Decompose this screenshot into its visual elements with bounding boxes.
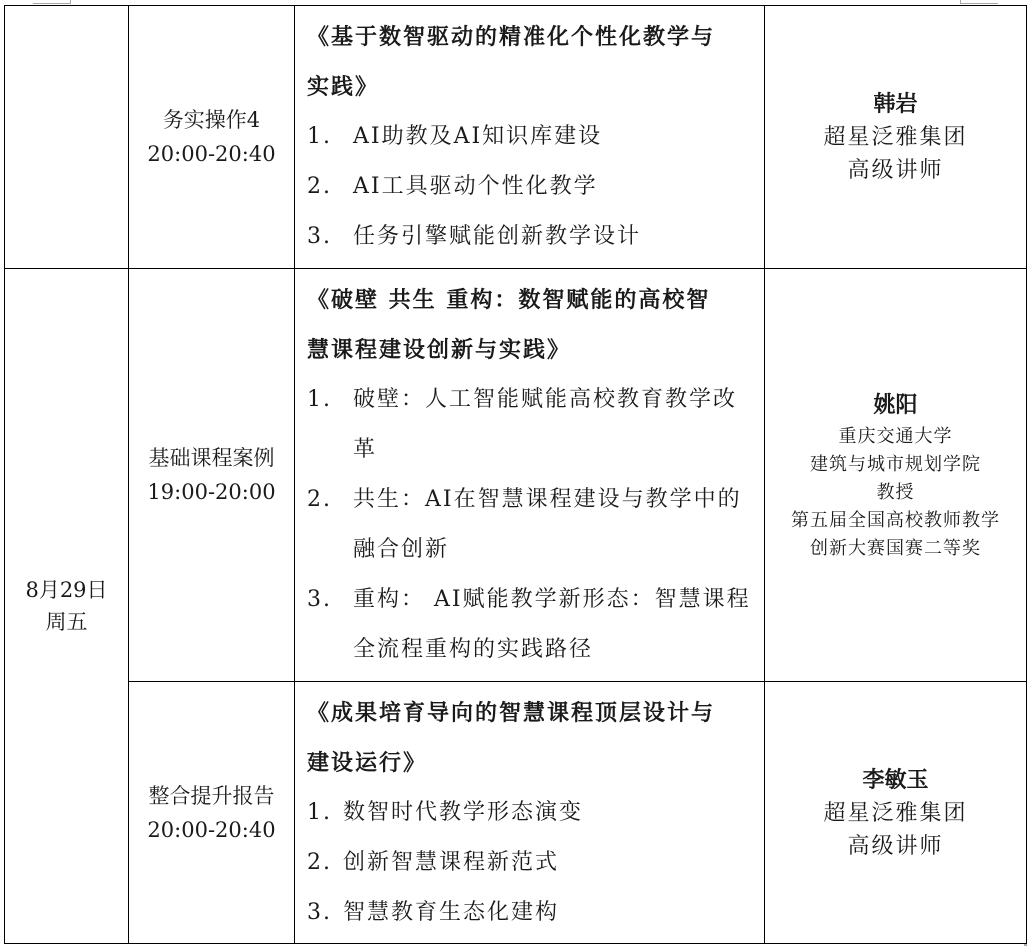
outline-number: 1.	[307, 375, 353, 475]
outline-number: 3.	[307, 575, 353, 675]
outline-item: 2. 创新智慧课程新范式	[307, 838, 756, 888]
session-cell: 务实操作4 20:00-20:40	[129, 6, 295, 269]
date-cell-continued	[5, 6, 129, 269]
outline-item: 1. 破壁：人工智能赋能高校教育教学改革	[307, 375, 756, 475]
outline-number: 2.	[307, 838, 343, 888]
table-row: 整合提升报告 20:00-20:40 《成果培育导向的智慧课程顶层设计与 建设运…	[5, 682, 1027, 944]
lecture-title-line: 《成果培育导向的智慧课程顶层设计与	[307, 688, 756, 738]
table-row: 8月29日 周五 基础课程案例 19:00-20:00 《破壁 共生 重构：数智…	[5, 269, 1027, 682]
lecture-title-line: 建设运行》	[307, 738, 756, 788]
speaker-award: 创新大赛国赛二等奖	[765, 535, 1026, 563]
outline-text: 智慧教育生态化建构	[343, 888, 756, 938]
lecture-title: 《成果培育导向的智慧课程顶层设计与 建设运行》	[307, 688, 756, 788]
session-name: 务实操作4	[129, 103, 294, 137]
speaker-award: 第五届全国高校教师教学	[765, 507, 1026, 535]
outline-number: 2.	[307, 162, 353, 212]
table-row: 务实操作4 20:00-20:40 《基于数智驱动的精准化个性化教学与 实践》 …	[5, 6, 1027, 269]
speaker-title: 高级讲师	[765, 830, 1026, 863]
content-cell: 《基于数智驱动的精准化个性化教学与 实践》 1. AI助教及AI知识库建设 2.…	[295, 6, 765, 269]
lecture-title-line: 实践》	[307, 62, 756, 112]
outline-text: 任务引擎赋能创新教学设计	[353, 212, 756, 262]
outline-text: 共生：AI在智慧课程建设与教学中的融合创新	[353, 475, 756, 575]
outline-text: AI工具驱动个性化教学	[353, 162, 756, 212]
outline-number: 1.	[307, 112, 353, 162]
lecture-title: 《破壁 共生 重构：数智赋能的高校智 慧课程建设创新与实践》	[307, 275, 756, 375]
schedule-table: 务实操作4 20:00-20:40 《基于数智驱动的精准化个性化教学与 实践》 …	[4, 5, 1027, 944]
outline-item: 3. 任务引擎赋能创新教学设计	[307, 212, 756, 262]
outline-item: 2. AI工具驱动个性化教学	[307, 162, 756, 212]
speaker-name: 姚阳	[765, 387, 1026, 423]
lecture-title-line: 《破壁 共生 重构：数智赋能的高校智	[307, 275, 756, 325]
speaker-cell: 韩岩 超星泛雅集团 高级讲师	[765, 6, 1027, 269]
speaker-title: 高级讲师	[765, 154, 1026, 187]
speaker-affiliation: 超星泛雅集团	[765, 797, 1026, 830]
speaker-name: 韩岩	[765, 87, 1026, 121]
outline-item: 1. AI助教及AI知识库建设	[307, 112, 756, 162]
outline-item: 1. 数智时代教学形态演变	[307, 788, 756, 838]
outline-text: 创新智慧课程新范式	[343, 838, 756, 888]
lecture-title-line: 《基于数智驱动的精准化个性化教学与	[307, 12, 756, 62]
speaker-department: 建筑与城市规划学院	[765, 451, 1026, 479]
content-cell: 《破壁 共生 重构：数智赋能的高校智 慧课程建设创新与实践》 1. 破壁：人工智…	[295, 269, 765, 682]
outline-number: 2.	[307, 475, 353, 575]
outline-text: 数智时代教学形态演变	[343, 788, 756, 838]
date-cell: 8月29日 周五	[5, 269, 129, 944]
session-name: 整合提升报告	[129, 779, 294, 813]
crop-mark-top-right	[960, 0, 998, 4]
outline-number: 3.	[307, 888, 343, 938]
speaker-name: 李敏玉	[765, 763, 1026, 797]
speaker-cell: 姚阳 重庆交通大学 建筑与城市规划学院 教授 第五届全国高校教师教学 创新大赛国…	[765, 269, 1027, 682]
session-name: 基础课程案例	[129, 441, 294, 475]
weekday-text: 周五	[5, 606, 128, 638]
speaker-affiliation: 超星泛雅集团	[765, 121, 1026, 154]
outline-text: AI助教及AI知识库建设	[353, 112, 756, 162]
outline-item: 3. 重构： AI赋能教学新形态：智慧课程全流程重构的实践路径	[307, 575, 756, 675]
session-time: 20:00-20:40	[129, 137, 294, 171]
content-cell: 《成果培育导向的智慧课程顶层设计与 建设运行》 1. 数智时代教学形态演变 2.…	[295, 682, 765, 944]
outline-text: 重构： AI赋能教学新形态：智慧课程全流程重构的实践路径	[353, 575, 756, 675]
session-cell: 整合提升报告 20:00-20:40	[129, 682, 295, 944]
outline-number: 1.	[307, 788, 343, 838]
speaker-title: 教授	[765, 479, 1026, 507]
lecture-title: 《基于数智驱动的精准化个性化教学与 实践》	[307, 12, 756, 112]
lecture-title-line: 慧课程建设创新与实践》	[307, 325, 756, 375]
outline-number: 3.	[307, 212, 353, 262]
outline-text: 破壁：人工智能赋能高校教育教学改革	[353, 375, 756, 475]
speaker-affiliation: 重庆交通大学	[765, 423, 1026, 451]
crop-mark-top-left	[33, 0, 71, 4]
session-cell: 基础课程案例 19:00-20:00	[129, 269, 295, 682]
session-time: 19:00-20:00	[129, 475, 294, 509]
outline-item: 2. 共生：AI在智慧课程建设与教学中的融合创新	[307, 475, 756, 575]
outline-item: 3. 智慧教育生态化建构	[307, 888, 756, 938]
session-time: 20:00-20:40	[129, 813, 294, 847]
speaker-cell: 李敏玉 超星泛雅集团 高级讲师	[765, 682, 1027, 944]
date-text: 8月29日	[5, 574, 128, 606]
